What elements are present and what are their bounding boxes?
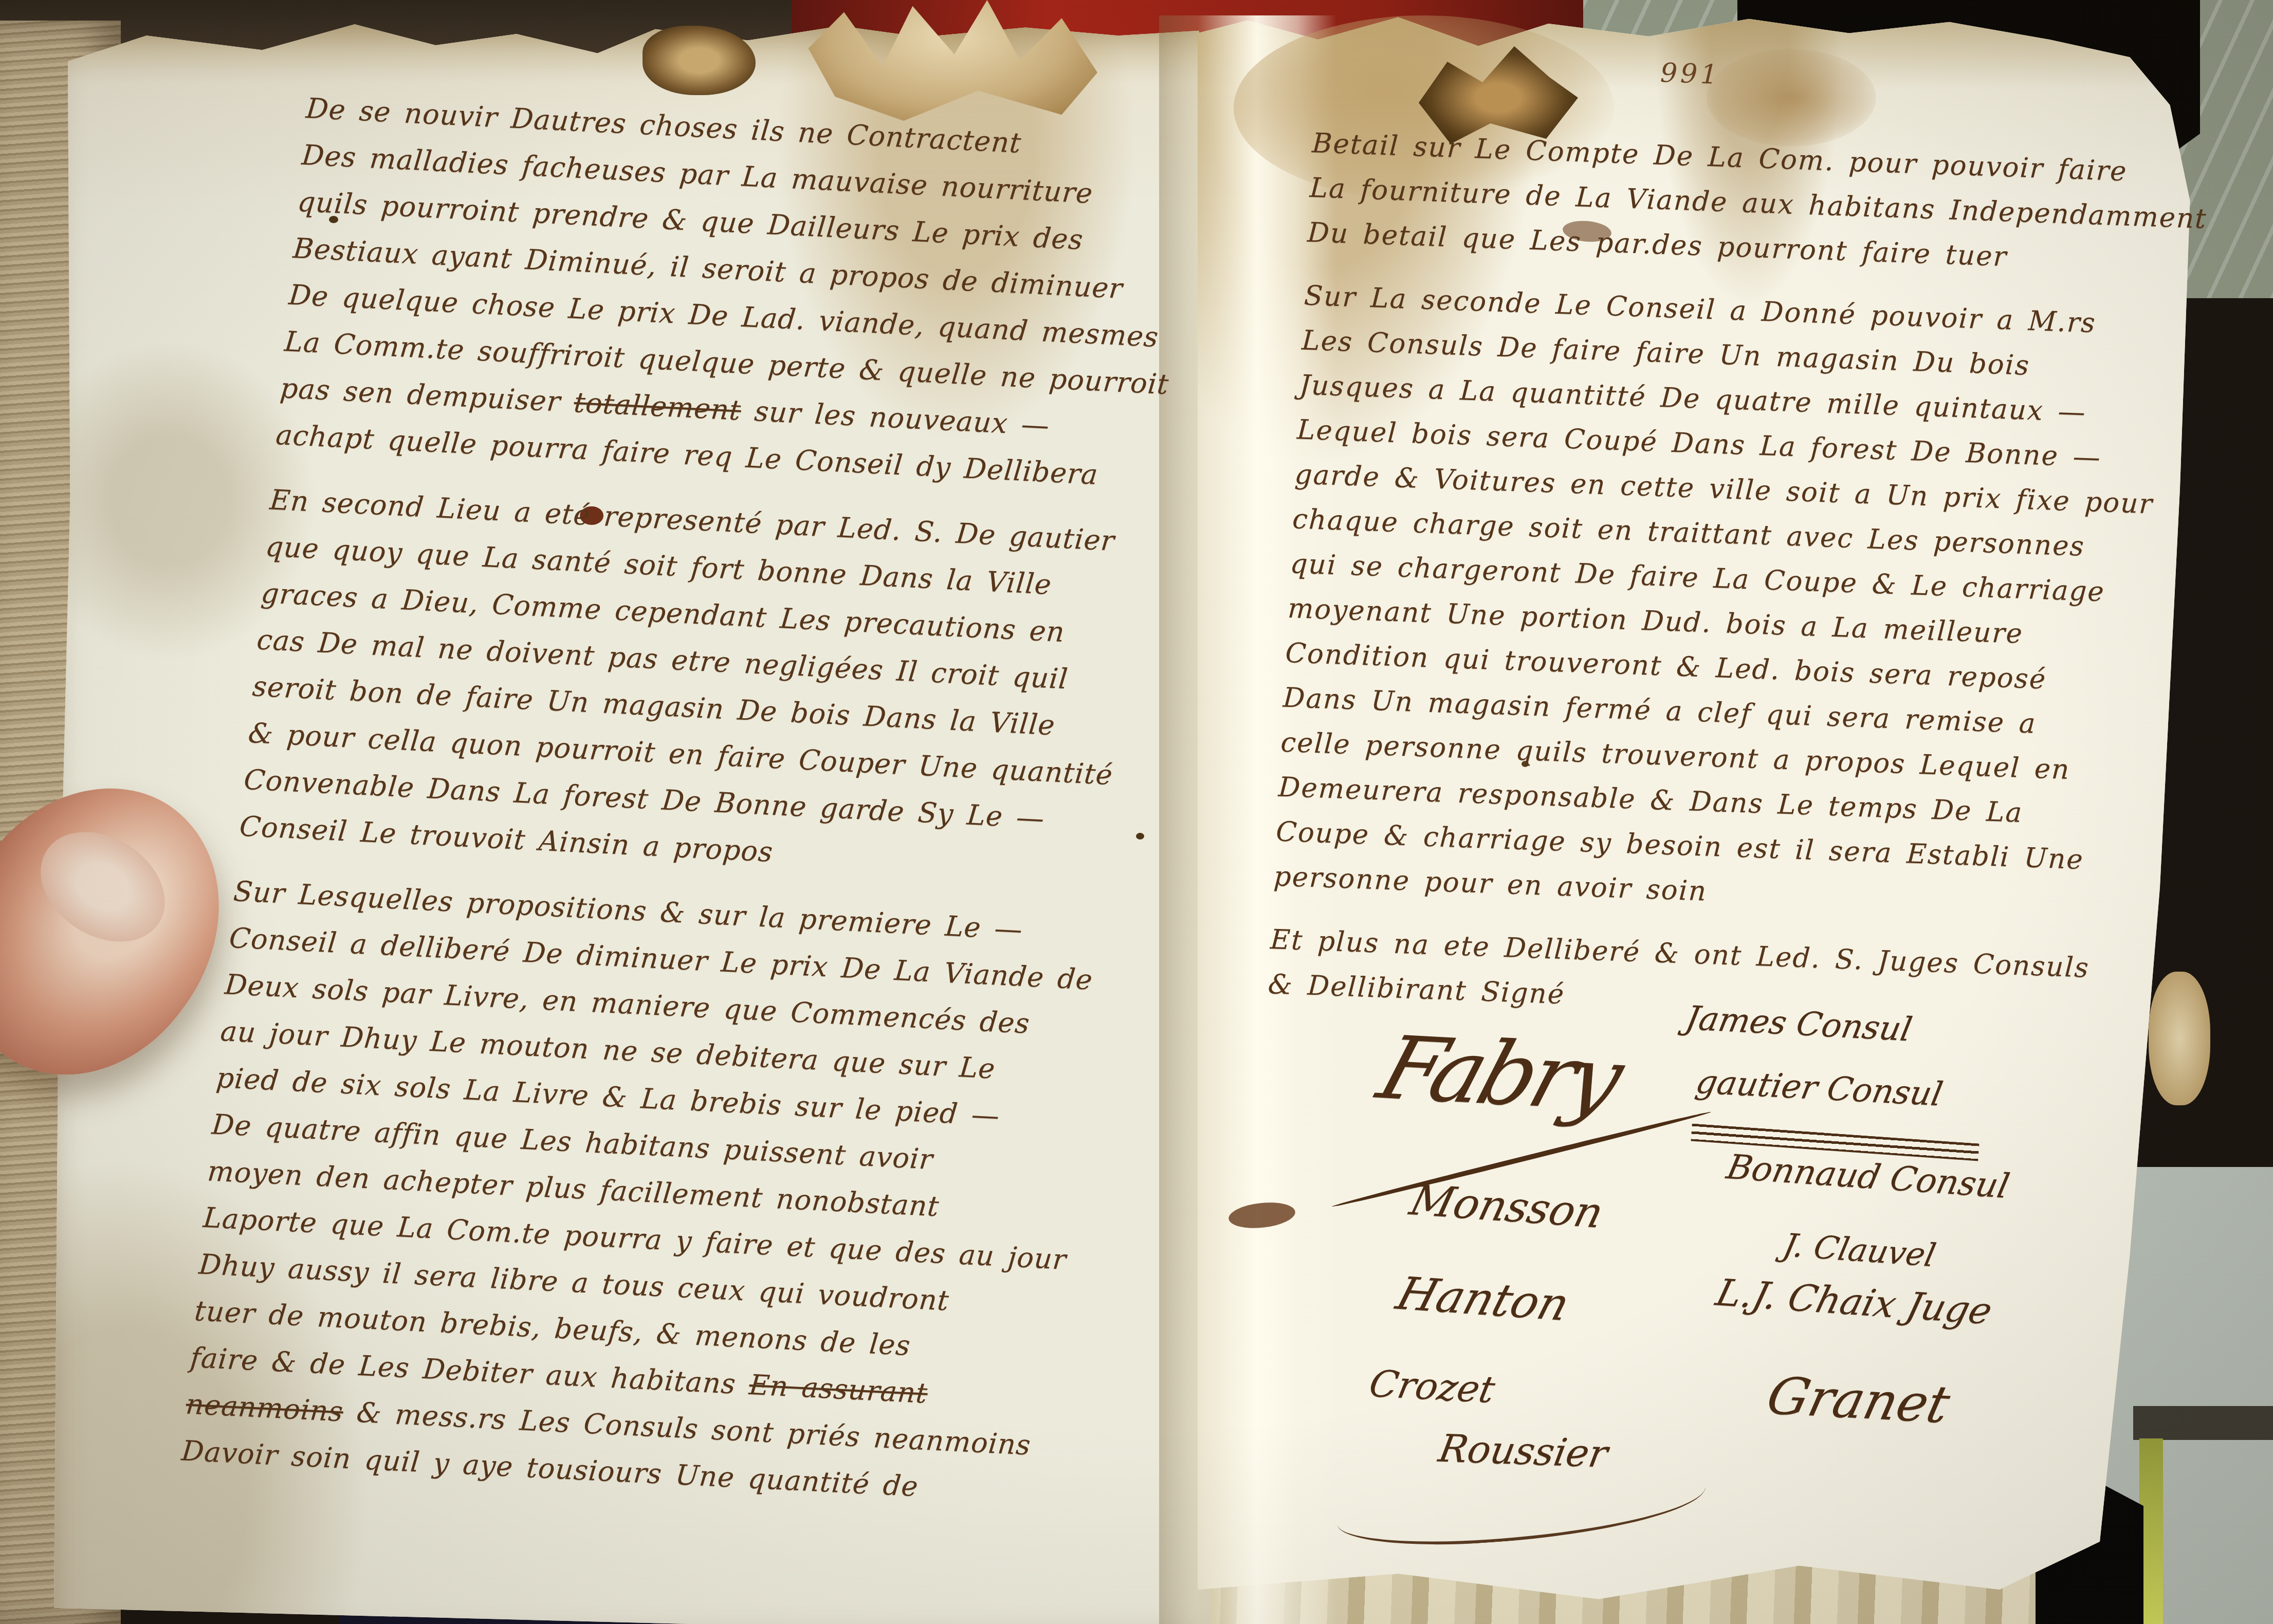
photo-vignette — [0, 0, 2273, 1624]
manuscript-photo: 991 De se nouvir Dautres choses ils ne C… — [0, 0, 2273, 1624]
